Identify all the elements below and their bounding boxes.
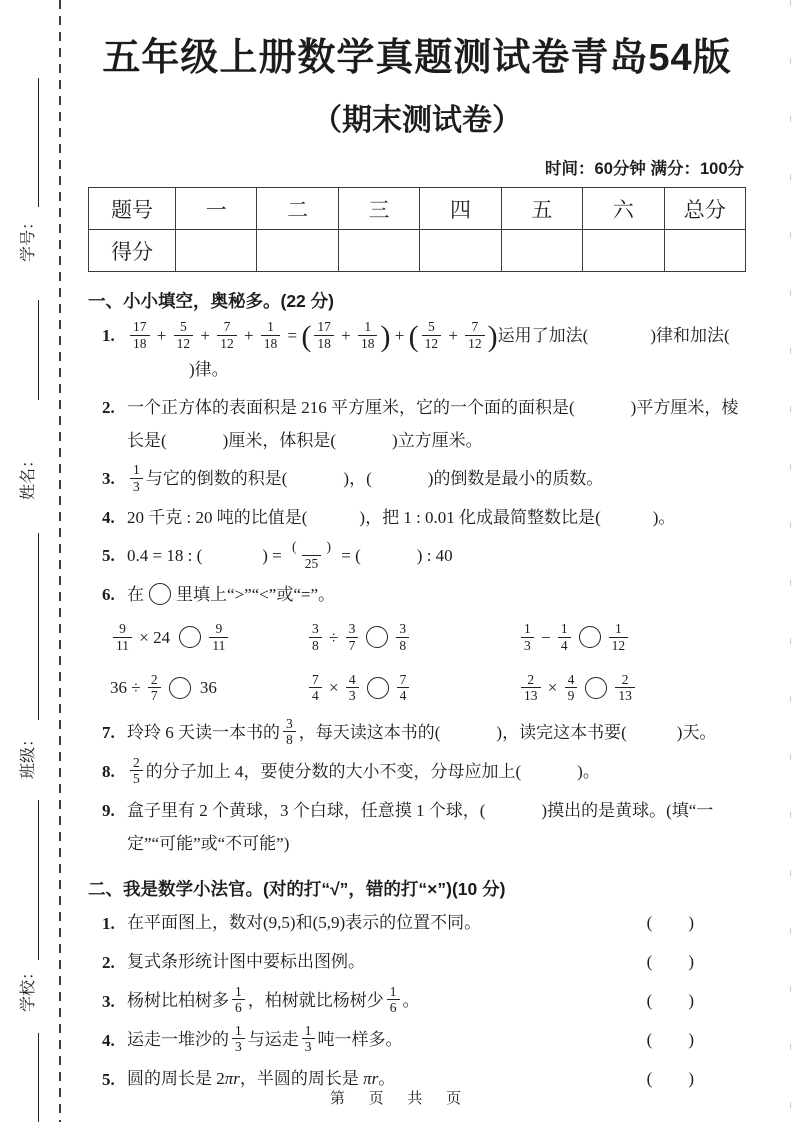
fraction: 1718 bbox=[130, 319, 150, 351]
question-body: 一个正方体的表面积是 216 平方厘米，它的一个面的面积是()平方厘米，棱长是(… bbox=[127, 391, 746, 457]
score-cell bbox=[338, 230, 419, 272]
true-false-item-1: 1. 在平面图上，数对(9,5)和(5,9)表示的位置不同。 () bbox=[102, 907, 746, 940]
fraction-numerator: 1 bbox=[232, 984, 245, 1000]
fill-in-blank: () bbox=[330, 431, 397, 450]
text-run: : 40 bbox=[422, 546, 452, 565]
margin-blank-line bbox=[38, 1033, 39, 1122]
fraction: 16 bbox=[232, 984, 245, 1016]
margin-label-name: 姓名： bbox=[18, 441, 40, 511]
comparison-circle-blank bbox=[179, 626, 201, 648]
fraction-numerator: 2 bbox=[619, 672, 632, 688]
fill-in-blank: () bbox=[480, 801, 547, 820]
question-body: 20 千克 : 20 吨的比值是()，把 1 : 0.01 化成最简整数比是()… bbox=[127, 501, 746, 534]
fraction-denominator: 12 bbox=[174, 335, 194, 352]
fill-in-blank: () bbox=[302, 508, 365, 527]
fraction-denominator: 12 bbox=[609, 637, 629, 654]
fill-in-blank: () bbox=[292, 539, 331, 554]
text-run: 律。 bbox=[195, 360, 229, 379]
question-body: 运走一堆沙的13与运走13吨一样多。 bbox=[127, 1024, 639, 1057]
text-run: 36 bbox=[196, 678, 217, 697]
question-4: 4. 20 千克 : 20 吨的比值是()，把 1 : 0.01 化成最简整数比… bbox=[102, 501, 746, 534]
fill-in-blank: () bbox=[569, 398, 636, 417]
fraction-numerator: 1 bbox=[264, 319, 277, 335]
text-run: 圆的周长是 2 bbox=[127, 1069, 225, 1088]
score-cell bbox=[664, 230, 745, 272]
text-run: − bbox=[537, 628, 555, 647]
text-run: 与它的倒数的积是 bbox=[146, 469, 282, 488]
fraction-denominator: 3 bbox=[346, 687, 359, 704]
fraction: 512 bbox=[422, 319, 442, 351]
text-run: ÷ bbox=[325, 628, 343, 647]
score-table-header-cell: 一 bbox=[176, 188, 257, 230]
text-run: 的倒数是最小的质数。 bbox=[433, 469, 603, 488]
answer-blank: () bbox=[647, 946, 746, 978]
big-right-paren: ) bbox=[380, 320, 390, 353]
text-run: 运用了加法 bbox=[498, 326, 583, 345]
text-run: + bbox=[337, 326, 355, 345]
question-number: 9. bbox=[102, 794, 127, 827]
fraction: 712 bbox=[217, 319, 237, 351]
margin-blank-line bbox=[38, 800, 39, 960]
big-right-paren: ) bbox=[488, 320, 498, 353]
fraction-numerator: 9 bbox=[116, 621, 129, 637]
text-run: 复式条形统计图中要标出图例。 bbox=[127, 952, 365, 971]
fraction-denominator: 6 bbox=[387, 999, 400, 1016]
text-run: 律和加法 bbox=[656, 326, 724, 345]
fraction-denominator: 12 bbox=[217, 335, 237, 352]
text-run: + bbox=[444, 326, 462, 345]
fraction-numerator: 3 bbox=[396, 621, 409, 637]
text-run: ，柏树就比杨树少 bbox=[248, 991, 384, 1010]
fill-in-blank: () bbox=[355, 546, 422, 565]
math-italic: πr bbox=[363, 1069, 378, 1088]
text-run: 在平面图上，数对(9,5)和(5,9)表示的位置不同。 bbox=[127, 913, 481, 932]
question-body: 在里填上“>”“<”或“=”。 bbox=[127, 578, 746, 611]
fill-in-blank: () bbox=[595, 508, 658, 527]
fill-in-blank: () bbox=[161, 431, 228, 450]
fraction-numerator: 1 bbox=[232, 1023, 245, 1039]
fill-in-blank: () bbox=[647, 991, 694, 1010]
score-cell bbox=[501, 230, 582, 272]
fill-in-blank: () bbox=[621, 723, 682, 742]
text-run: = bbox=[337, 546, 355, 565]
fraction-denominator: 18 bbox=[130, 335, 150, 352]
text-run: 天。 bbox=[682, 723, 716, 742]
fraction-numerator: 4 bbox=[565, 672, 578, 688]
score-table-header-cell: 二 bbox=[257, 188, 338, 230]
fraction-denominator: 5 bbox=[130, 770, 143, 787]
fraction: 38 bbox=[396, 621, 409, 653]
fraction: 74 bbox=[397, 672, 410, 704]
fill-in-blank: () bbox=[516, 762, 583, 781]
question-body: 1718 + 512 + 712 + 118 = (1718 + 118) + … bbox=[127, 319, 746, 386]
comparison-item: 74 × 4374 bbox=[306, 671, 518, 705]
question-number: 8. bbox=[102, 755, 127, 788]
question-2: 2. 一个正方体的表面积是 216 平方厘米，它的一个面的面积是()平方厘米，棱… bbox=[102, 391, 746, 457]
fraction: 13 bbox=[232, 1023, 245, 1055]
text-run: 在 bbox=[127, 585, 144, 604]
fraction-numerator: 9 bbox=[212, 621, 225, 637]
true-false-item-3: 3. 杨树比柏树多16，柏树就比杨树少16。 () bbox=[102, 985, 746, 1018]
fraction-numerator: 1 bbox=[558, 621, 571, 637]
margin-blank-line bbox=[38, 300, 39, 400]
question-3: 3. 13与它的倒数的积是()，()的倒数是最小的质数。 bbox=[102, 462, 746, 496]
fraction-numerator: 1 bbox=[130, 462, 143, 478]
text-run: + bbox=[240, 326, 258, 345]
section1-heading: 一、小小填空，奥秘多。(22 分) bbox=[88, 288, 746, 313]
text-run: × 24 bbox=[135, 628, 174, 647]
fill-in-blank: () bbox=[282, 469, 349, 488]
section2-heading: 二、我是数学小法官。(对的打“√”，错的打“×”)(10 分) bbox=[88, 876, 746, 901]
question-number: 3. bbox=[102, 985, 127, 1018]
text-run: 里填上“>”“<”或“=”。 bbox=[176, 585, 335, 604]
true-false-item-2: 2. 复式条形统计图中要标出图例。 () bbox=[102, 946, 746, 979]
fraction-numerator: 7 bbox=[221, 319, 234, 335]
fraction: 49 bbox=[565, 672, 578, 704]
text-run: 玲玲 6 天读一本书的 bbox=[127, 723, 280, 742]
text-run: = bbox=[283, 326, 301, 345]
score-cell bbox=[176, 230, 257, 272]
question-number: 2. bbox=[102, 946, 127, 979]
fraction-denominator: 3 bbox=[302, 1038, 315, 1055]
score-cell bbox=[420, 230, 501, 272]
score-table: 题号 一 二 三 四 五 六 总分 得分 bbox=[88, 187, 746, 272]
score-table-header-cell: 总分 bbox=[664, 188, 745, 230]
comparison-circle-blank bbox=[169, 677, 191, 699]
comparison-item: 213 × 49213 bbox=[518, 671, 746, 705]
comparison-circle-blank bbox=[579, 626, 601, 648]
fraction: 16 bbox=[387, 984, 400, 1016]
text-run: 吨一样多。 bbox=[318, 1030, 403, 1049]
text-run: 。 bbox=[658, 508, 675, 527]
text-run: 杨树比柏树多 bbox=[127, 991, 229, 1010]
fraction-denominator: 8 bbox=[283, 731, 296, 748]
comparison-circle-blank bbox=[149, 583, 171, 605]
question-1: 1. 1718 + 512 + 712 + 118 = (1718 + 118)… bbox=[102, 319, 746, 386]
margin-blank-line bbox=[38, 78, 39, 207]
score-row-label: 得分 bbox=[89, 230, 176, 272]
fraction-numerator: 7 bbox=[397, 672, 410, 688]
math-italic: πr bbox=[225, 1069, 240, 1088]
fraction-denominator: 25 bbox=[302, 555, 322, 572]
score-table-header-cell: 三 bbox=[338, 188, 419, 230]
text-run: ，把 1 : 0.01 化成最简整数比是 bbox=[365, 508, 595, 527]
fill-in-blank: () bbox=[366, 469, 433, 488]
fraction-denominator: 7 bbox=[346, 637, 359, 654]
question-body: 0.4 = 18 : () = ()25 = () : 40 bbox=[127, 539, 746, 573]
fill-in-blank: () bbox=[647, 1030, 694, 1049]
fraction-numerator: () bbox=[289, 539, 334, 555]
fraction-denominator: 13 bbox=[521, 687, 541, 704]
fraction: 118 bbox=[358, 319, 378, 351]
question-body: 在平面图上，数对(9,5)和(5,9)表示的位置不同。 bbox=[127, 907, 639, 939]
margin-label-class: 班级： bbox=[18, 720, 40, 790]
exam-paper-page: { "page": { "title": "五年级上册数学真题测试卷青岛54版"… bbox=[0, 0, 793, 1122]
page-title: 五年级上册数学真题测试卷青岛54版 bbox=[88, 26, 746, 81]
fraction-numerator: 1 bbox=[521, 621, 534, 637]
fill-in-blank: () bbox=[647, 913, 694, 932]
fraction-denominator: 8 bbox=[309, 637, 322, 654]
score-table-header-cell: 五 bbox=[501, 188, 582, 230]
comparison-item: 13 − 14112 bbox=[518, 621, 746, 655]
fraction-denominator: 12 bbox=[422, 335, 442, 352]
text-run: 立方厘米。 bbox=[398, 431, 483, 450]
exam-content: 五年级上册数学真题测试卷青岛54版 （期末测试卷） 时间：60分钟 满分：100… bbox=[88, 26, 746, 1102]
question-9: 9. 盒子里有 2 个黄球，3 个白球，任意摸 1 个球，()摸出的是黄球。(填… bbox=[102, 794, 746, 860]
text-run: ，读完这本书要 bbox=[502, 723, 621, 742]
text-run: × bbox=[544, 678, 562, 697]
fraction: 38 bbox=[309, 621, 322, 653]
fraction-denominator: 12 bbox=[465, 335, 485, 352]
comparison-item: 36 ÷ 27 36 bbox=[110, 671, 306, 705]
fraction: 1718 bbox=[314, 319, 334, 351]
fraction: 13 bbox=[521, 621, 534, 653]
fraction-numerator: 3 bbox=[309, 621, 322, 637]
fraction: 213 bbox=[521, 672, 541, 704]
fraction-numerator: 3 bbox=[346, 621, 359, 637]
text-run: + bbox=[390, 326, 408, 345]
margin-label-school: 学校： bbox=[18, 953, 40, 1023]
text-run: 盒子里有 2 个黄球，3 个白球，任意摸 1 个球， bbox=[127, 801, 480, 820]
comparison-circle-blank bbox=[367, 677, 389, 699]
question-number: 1. bbox=[102, 907, 127, 940]
fraction: 112 bbox=[609, 621, 629, 653]
fraction-numerator: 2 bbox=[148, 672, 161, 688]
fraction: 118 bbox=[261, 319, 281, 351]
fraction-numerator: 17 bbox=[130, 319, 150, 335]
page-subtitle: （期末测试卷） bbox=[88, 95, 746, 139]
fraction-denominator: 13 bbox=[615, 687, 635, 704]
question-5: 5. 0.4 = 18 : () = ()25 = () : 40 bbox=[102, 539, 746, 573]
fraction-numerator: 4 bbox=[346, 672, 359, 688]
text-run: + bbox=[153, 326, 171, 345]
fraction-numerator: 7 bbox=[469, 319, 482, 335]
fraction-denominator: 4 bbox=[309, 687, 322, 704]
text-run: 。 bbox=[403, 991, 420, 1010]
fraction: 13 bbox=[302, 1023, 315, 1055]
margin-blank-line bbox=[38, 533, 39, 720]
time-score-meta: 时间：60分钟 满分：100分 bbox=[88, 155, 744, 179]
true-false-item-4: 4. 运走一堆沙的13与运走13吨一样多。 () bbox=[102, 1024, 746, 1057]
fraction-denominator: 4 bbox=[397, 687, 410, 704]
fraction-denominator: 4 bbox=[558, 637, 571, 654]
page-edge-fold-marks bbox=[790, 0, 791, 1122]
fraction-denominator: 3 bbox=[521, 637, 534, 654]
question-number: 4. bbox=[102, 501, 127, 534]
answer-blank: () bbox=[647, 1024, 746, 1056]
text-run: 的分子加上 4，要使分数的大小不变，分母应加上 bbox=[146, 762, 516, 781]
fraction: 25 bbox=[130, 755, 143, 787]
fraction: 38 bbox=[283, 716, 296, 748]
fill-in-blank: () bbox=[583, 326, 656, 345]
fill-in-blank: () bbox=[435, 723, 502, 742]
fraction: 43 bbox=[346, 672, 359, 704]
fraction-denominator: 7 bbox=[148, 687, 161, 704]
big-left-paren: ( bbox=[301, 320, 311, 353]
question-6: 6. 在里填上“>”“<”或“=”。 bbox=[102, 578, 746, 611]
text-run: + bbox=[196, 326, 214, 345]
question-number: 7. bbox=[102, 716, 127, 749]
fraction: 512 bbox=[174, 319, 194, 351]
text-run: ，每天读这本书的 bbox=[299, 723, 435, 742]
fraction: 13 bbox=[130, 462, 143, 494]
fraction-denominator: 11 bbox=[209, 637, 228, 654]
text-run: = bbox=[268, 546, 286, 565]
text-run: 与运走 bbox=[248, 1030, 299, 1049]
fraction-numerator: 17 bbox=[314, 319, 334, 335]
score-cell bbox=[257, 230, 338, 272]
score-cell bbox=[583, 230, 664, 272]
comparison-circle-blank bbox=[585, 677, 607, 699]
fraction: ()25 bbox=[289, 539, 334, 571]
text-run: × bbox=[325, 678, 343, 697]
fraction: 911 bbox=[209, 621, 228, 653]
text-run: 20 千克 : 20 吨的比值是 bbox=[127, 508, 302, 527]
big-left-paren: ( bbox=[409, 320, 419, 353]
text-run: 。 bbox=[378, 1069, 395, 1088]
fraction-denominator: 3 bbox=[232, 1038, 245, 1055]
text-run: 运走一堆沙的 bbox=[127, 1030, 229, 1049]
fraction-denominator: 11 bbox=[113, 637, 132, 654]
fraction-denominator: 18 bbox=[358, 335, 378, 352]
question-number: 2. bbox=[102, 391, 127, 424]
score-table-header-cell: 题号 bbox=[89, 188, 176, 230]
question-7: 7. 玲玲 6 天读一本书的38，每天读这本书的()，读完这本书要()天。 bbox=[102, 716, 746, 750]
question-body: 25的分子加上 4，要使分数的大小不变，分母应加上()。 bbox=[127, 755, 746, 789]
fill-in-blank: () bbox=[647, 1069, 694, 1088]
question-number: 6. bbox=[102, 578, 127, 611]
fraction: 14 bbox=[558, 621, 571, 653]
fraction: 27 bbox=[148, 672, 161, 704]
comparison-item: 38 ÷ 3738 bbox=[306, 621, 518, 655]
answer-blank: () bbox=[647, 907, 746, 939]
answer-blank: () bbox=[647, 985, 746, 1017]
question-number: 4. bbox=[102, 1024, 127, 1057]
fraction: 213 bbox=[615, 672, 635, 704]
text-run: 36 ÷ bbox=[110, 678, 145, 697]
fraction-numerator: 5 bbox=[425, 319, 438, 335]
fraction: 712 bbox=[465, 319, 485, 351]
question-body: 玲玲 6 天读一本书的38，每天读这本书的()，读完这本书要()天。 bbox=[127, 716, 746, 750]
fraction-numerator: 5 bbox=[177, 319, 190, 335]
fraction: 37 bbox=[346, 621, 359, 653]
comparison-circle-blank bbox=[366, 626, 388, 648]
fill-in-blank: () bbox=[647, 952, 694, 971]
fraction-denominator: 8 bbox=[396, 637, 409, 654]
seal-dashed-line bbox=[59, 0, 61, 1122]
fraction-numerator: 1 bbox=[612, 621, 625, 637]
fraction-denominator: 18 bbox=[261, 335, 281, 352]
fraction-numerator: 2 bbox=[130, 755, 143, 771]
fraction-numerator: 1 bbox=[361, 319, 374, 335]
question-8: 8. 25的分子加上 4，要使分数的大小不变，分母应加上()。 bbox=[102, 755, 746, 789]
score-table-header-cell: 六 bbox=[583, 188, 664, 230]
margin-label-student-id: 学号： bbox=[18, 203, 40, 273]
text-run: ， bbox=[349, 469, 366, 488]
question-number: 3. bbox=[102, 462, 127, 495]
score-table-header-cell: 四 bbox=[420, 188, 501, 230]
fraction-numerator: 1 bbox=[302, 1023, 315, 1039]
question-body: 复式条形统计图中要标出图例。 bbox=[127, 946, 639, 978]
text-run: 一个正方体的表面积是 216 平方厘米，它的一个面的面积是 bbox=[127, 398, 569, 417]
comparison-grid: 911 × 24 911 38 ÷ 3738 13 − 14112 36 ÷ 2… bbox=[110, 621, 746, 705]
fraction-numerator: 3 bbox=[283, 716, 296, 732]
question-number: 5. bbox=[102, 539, 127, 572]
comparison-item: 911 × 24 911 bbox=[110, 621, 306, 655]
question-body: 13与它的倒数的积是()，()的倒数是最小的质数。 bbox=[127, 462, 746, 496]
fraction-denominator: 9 bbox=[565, 687, 578, 704]
fraction-numerator: 2 bbox=[524, 672, 537, 688]
text-run: 。 bbox=[583, 762, 600, 781]
text-run: 0.4 = 18 : bbox=[127, 546, 197, 565]
score-table-score-row: 得分 bbox=[89, 230, 746, 272]
score-table-header-row: 题号 一 二 三 四 五 六 总分 bbox=[89, 188, 746, 230]
fraction-denominator: 6 bbox=[232, 999, 245, 1016]
fraction-denominator: 3 bbox=[130, 478, 143, 495]
page-footer: 第 页 共 页 bbox=[0, 1087, 793, 1108]
fraction-numerator: 7 bbox=[309, 672, 322, 688]
fraction: 911 bbox=[113, 621, 132, 653]
fill-in-blank: () bbox=[197, 546, 268, 565]
question-body: 盒子里有 2 个黄球，3 个白球，任意摸 1 个球，()摸出的是黄球。(填“一定… bbox=[127, 794, 746, 860]
text-run: ，半圆的周长是 bbox=[240, 1069, 363, 1088]
fraction-denominator: 18 bbox=[314, 335, 334, 352]
text-run: 厘米，体积是 bbox=[228, 431, 330, 450]
question-number: 1. bbox=[102, 319, 127, 352]
fraction-numerator: 1 bbox=[387, 984, 400, 1000]
fraction: 74 bbox=[309, 672, 322, 704]
question-body: 杨树比柏树多16，柏树就比杨树少16。 bbox=[127, 985, 639, 1018]
